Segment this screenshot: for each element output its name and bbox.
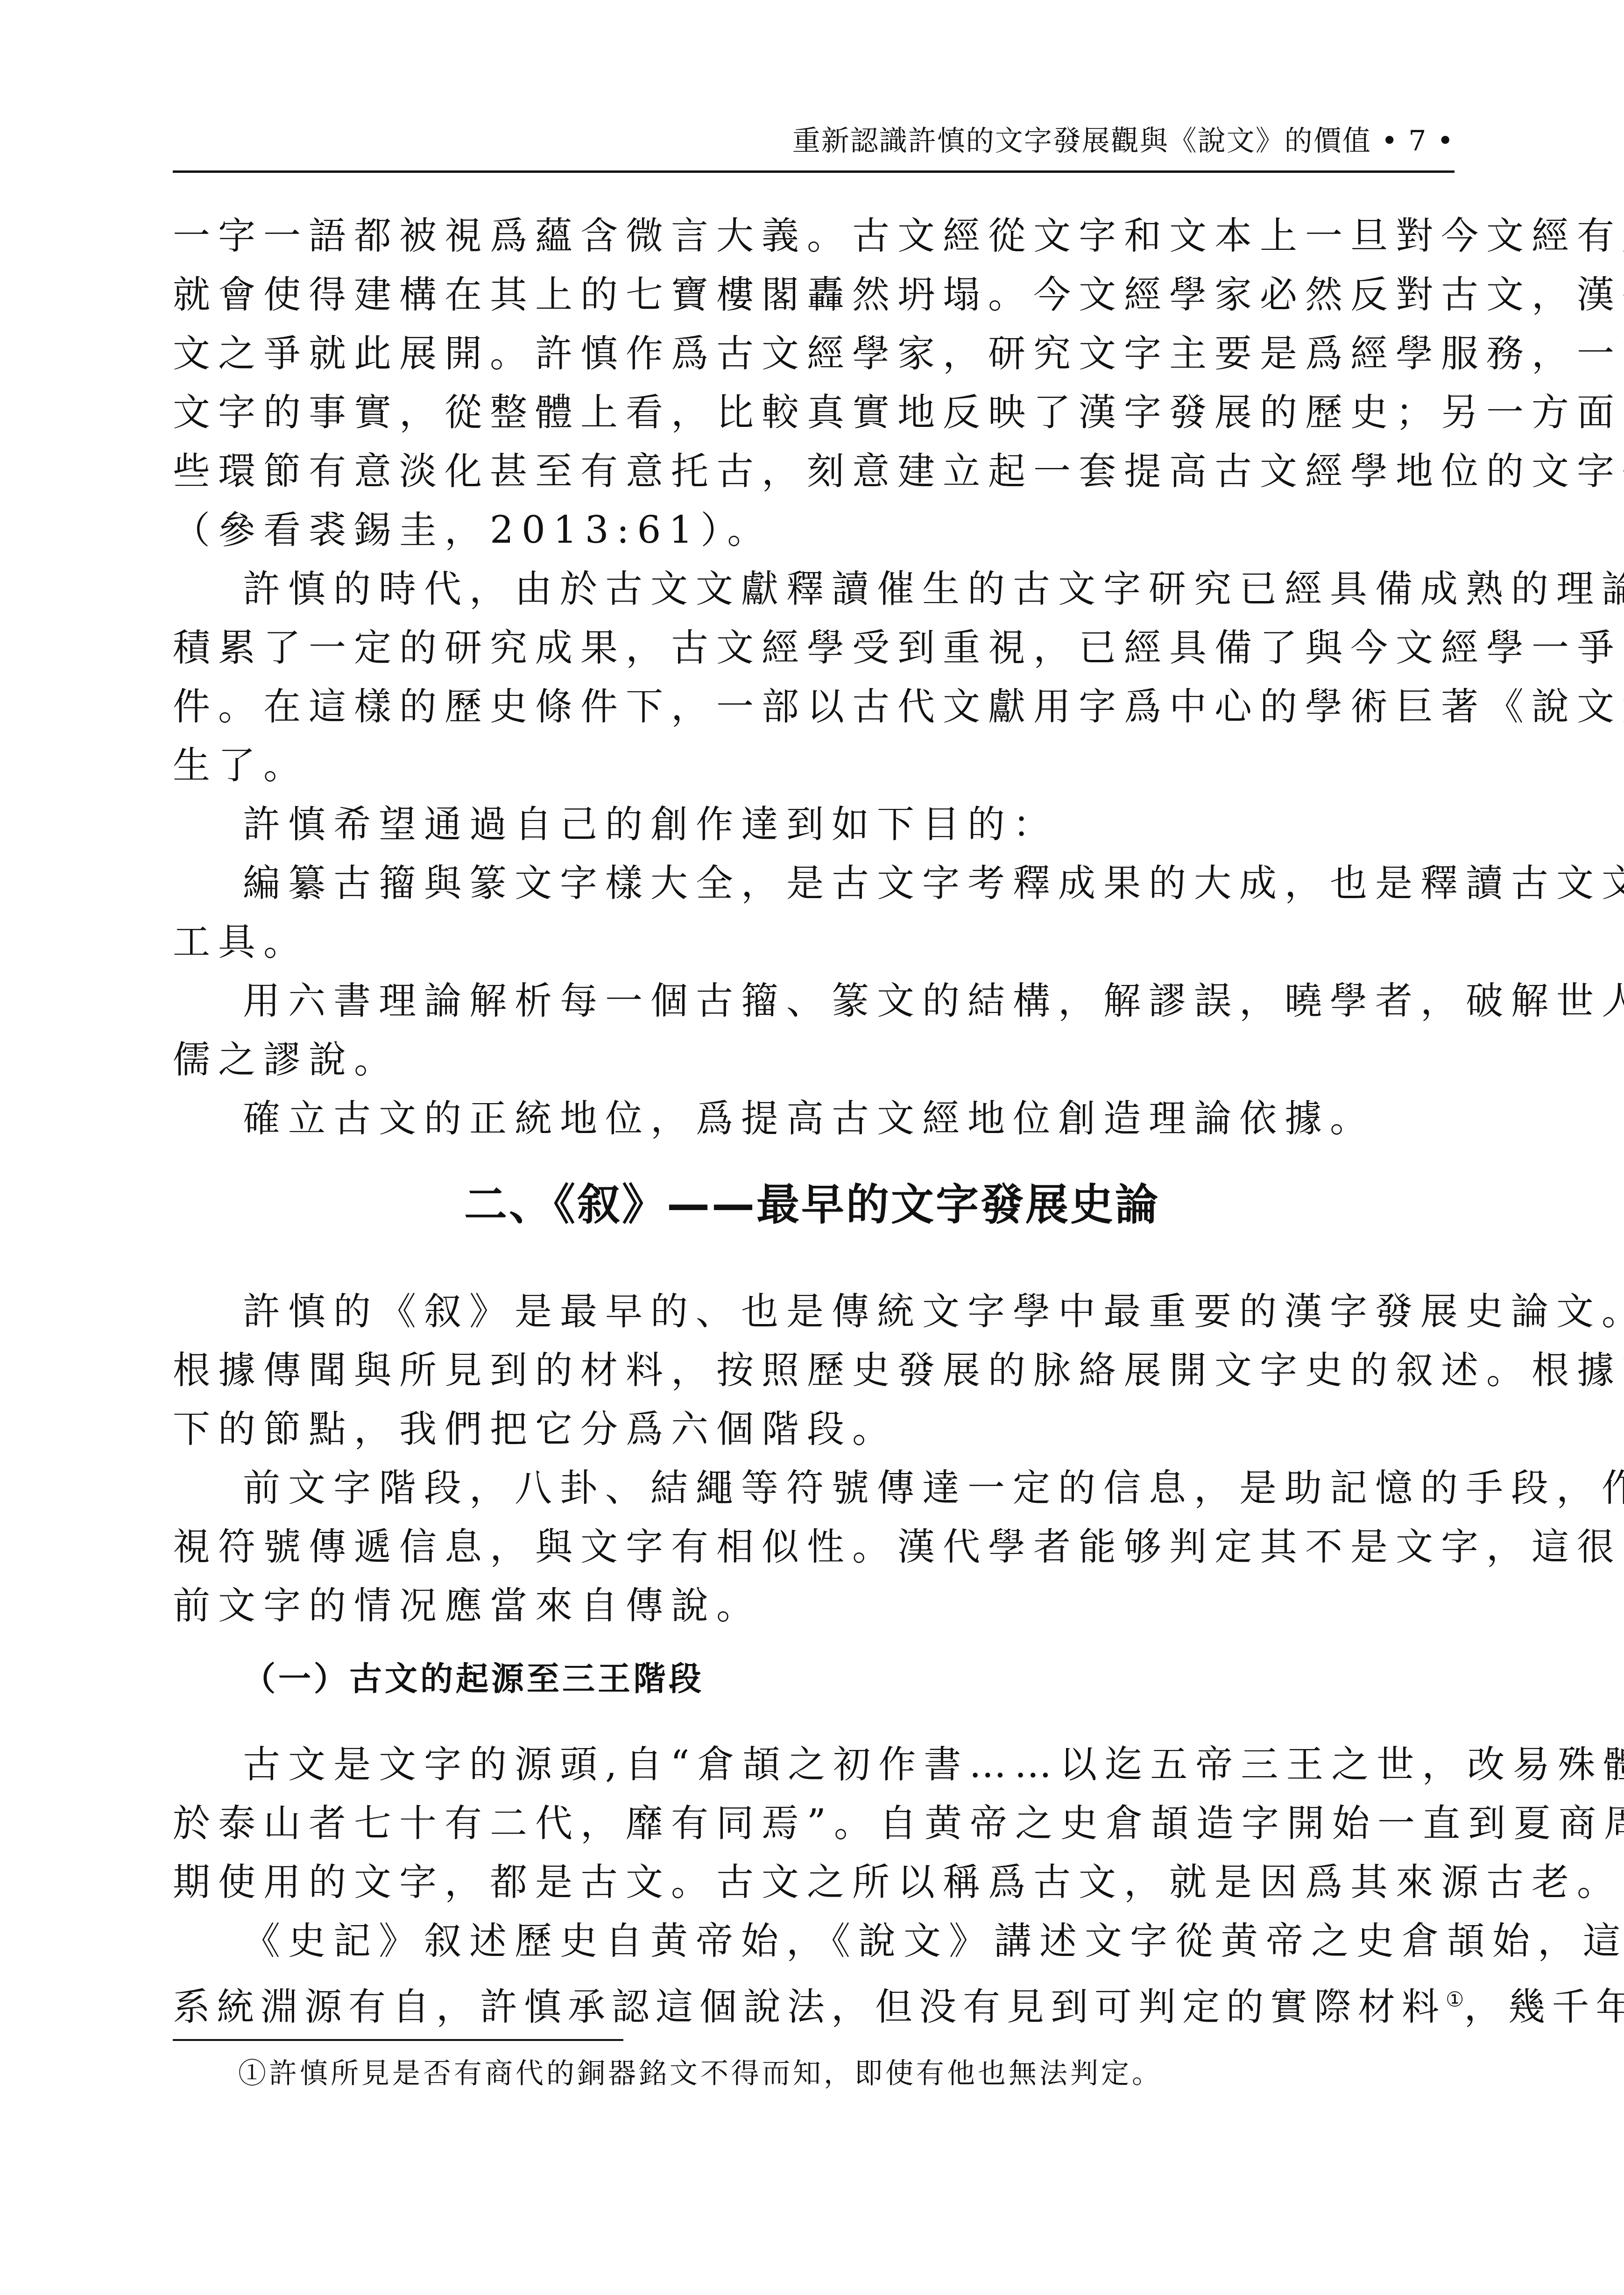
- text-line-with-footnote: 系統淵源有自，許慎承認這個說法，但没有見到可判定的實際材料①，幾千年的文: [173, 1976, 1455, 2030]
- text-line: 工具。: [173, 919, 1455, 965]
- footnote-rule: [173, 2039, 623, 2041]
- paragraph-first-line: 古文是文字的源頭,自“倉頡之初作書……以迄五帝三王之世，改易殊體，封: [243, 1741, 1455, 1788]
- list-item-3: 確立古文的正統地位，爲提高古文經地位創造理論依據。: [243, 1095, 1455, 1142]
- footnote: ①許慎所見是否有商代的銅器銘文不得而知，即使有他也無法判定。: [238, 2055, 1163, 2092]
- paragraph-first-line: 《史記》叙述歷史自黄帝始，《說文》講述文字從黄帝之史倉頡始，這個古史: [243, 1918, 1455, 1964]
- list-item-2: 用六書理論解析每一個古籀、篆文的結構，解謬誤，曉學者，破解世人及俗: [243, 977, 1455, 1024]
- running-title: 重新認識許慎的文字發展觀與《說文》的價值: [792, 125, 1371, 157]
- text-line: 根據傳聞與所見到的材料，按照歷史發展的脉絡展開文字史的叙述。根據許慎所定: [173, 1347, 1455, 1394]
- paragraph-first-line: 許慎的《叙》是最早的、也是傳統文字學中最重要的漢字發展史論文。許慎: [243, 1288, 1455, 1335]
- text-line: 一字一語都被視爲蘊含微言大義。古文經從文字和文本上一旦對今文經有所否定，: [173, 212, 1455, 259]
- text-segment: 系統淵源有自，許慎承認這個說法，但没有見到可判定的實際材料: [173, 1985, 1446, 2028]
- footnote-ref-link[interactable]: ①: [1446, 1988, 1464, 2012]
- text-line: 於泰山者七十有二代，靡有同焉”。自黄帝之史倉頡造字開始一直到夏商周三王時: [173, 1800, 1455, 1847]
- paragraph-first-line: 前文字階段，八卦、結繩等符號傳達一定的信息，是助記憶的手段，作爲可: [243, 1465, 1455, 1511]
- text-line: 儒之謬說。: [173, 1036, 1455, 1083]
- citation-line: （參看裘錫圭，2013:61）。: [173, 507, 1455, 553]
- running-header: 重新認識許慎的文字發展觀與《說文》的價值 • 7 •: [173, 122, 1455, 160]
- header-rule: [173, 170, 1455, 173]
- text-line: 些環節有意淡化甚至有意托古，刻意建立起一套提高古文經學地位的文字學理論: [173, 448, 1455, 495]
- text-line: 就會使得建構在其上的七寶樓閣轟然坍塌。今文經學家必然反對古文，漢代的今古: [173, 271, 1455, 318]
- text-segment: ，幾千年的文: [1464, 1985, 1624, 2028]
- list-item-1: 編纂古籀與篆文字樣大全，是古文字考釋成果的大成，也是釋讀古文文獻的: [243, 860, 1455, 907]
- paragraph-first-line: 許慎的時代，由於古文文獻釋讀催生的古文字研究已經具備成熟的理論方法，: [243, 566, 1455, 612]
- subsection-heading: （一）古文的起源至三王階段: [243, 1656, 704, 1702]
- text-line: 前文字的情况應當來自傳說。: [173, 1582, 1455, 1629]
- text-line: 件。在這樣的歷史條件下，一部以古代文獻用字爲中心的學術巨著《說文解字》誕: [173, 683, 1455, 730]
- text-line: 視符號傳遞信息，與文字有相似性。漢代學者能够判定其不是文字，這很了不起。: [173, 1523, 1455, 1570]
- page-number: • 7 •: [1381, 125, 1455, 157]
- text-line: 期使用的文字，都是古文。古文之所以稱爲古文，就是因爲其來源古老。: [173, 1859, 1455, 1905]
- section-heading: 二、《叙》——最早的文字發展史論: [0, 1177, 1624, 1233]
- text-line: 積累了一定的研究成果，古文經學受到重視，已經具備了與今文經學一爭高低的條: [173, 624, 1455, 671]
- text-line: 文之爭就此展開。許慎作爲古文經學家，研究文字主要是爲經學服務，一方面尊重: [173, 330, 1455, 377]
- text-line: 下的節點，我們把它分爲六個階段。: [173, 1406, 1455, 1452]
- text-line: 生了。: [173, 742, 1455, 789]
- paragraph-first-line: 許慎希望通過自己的創作達到如下目的：: [243, 801, 1455, 848]
- text-line: 文字的事實，從整體上看，比較真實地反映了漢字發展的歷史；另一方面，他在某: [173, 389, 1455, 436]
